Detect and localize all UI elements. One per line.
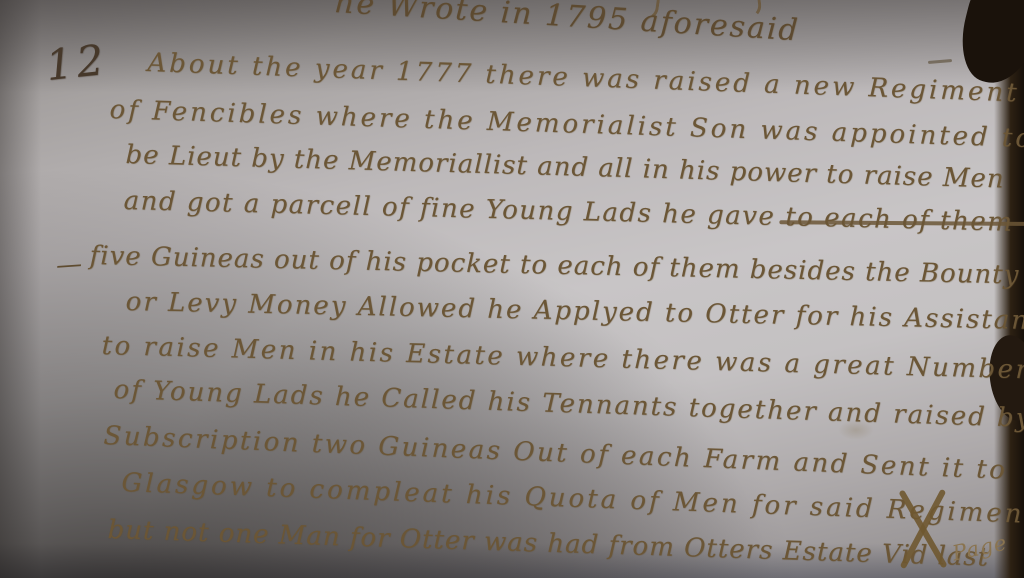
x-mark xyxy=(884,490,962,566)
page-number: 12 xyxy=(44,35,110,90)
manuscript-line: or Levy Money Allowed he Applyed to Otte… xyxy=(125,289,1024,335)
manuscript-line-with-strikethrough: and got a parcell of fine Young Lads he … xyxy=(123,188,1013,236)
manuscript-line: five Guineas out of his pocket to each o… xyxy=(89,243,1019,288)
manuscript-line: of Young Lads he Called his Tennants tog… xyxy=(113,377,1024,432)
cutoff-top-line: he Wrote in 1795 aforesaid xyxy=(334,0,800,46)
manuscript-line: be Lieut by the Memoriallist and all in … xyxy=(125,142,1005,193)
handwriting-layer: 12 he Wrote in 1795 aforesaid About the … xyxy=(0,0,1024,578)
manuscript-line: to raise Men in his Estate where there w… xyxy=(101,333,1024,383)
struck-out-text: to each of them xyxy=(785,204,1014,236)
manuscript-line: but not one Man for Otter was had from O… xyxy=(107,517,989,571)
manuscript-line-text: and got a parcell of fine Young Lads he … xyxy=(123,186,775,232)
margin-dash: — xyxy=(55,249,83,281)
manuscript-line: About the year 1777 there was raised a n… xyxy=(147,50,1020,106)
manuscript-photo: 12 he Wrote in 1795 aforesaid About the … xyxy=(0,0,1024,578)
